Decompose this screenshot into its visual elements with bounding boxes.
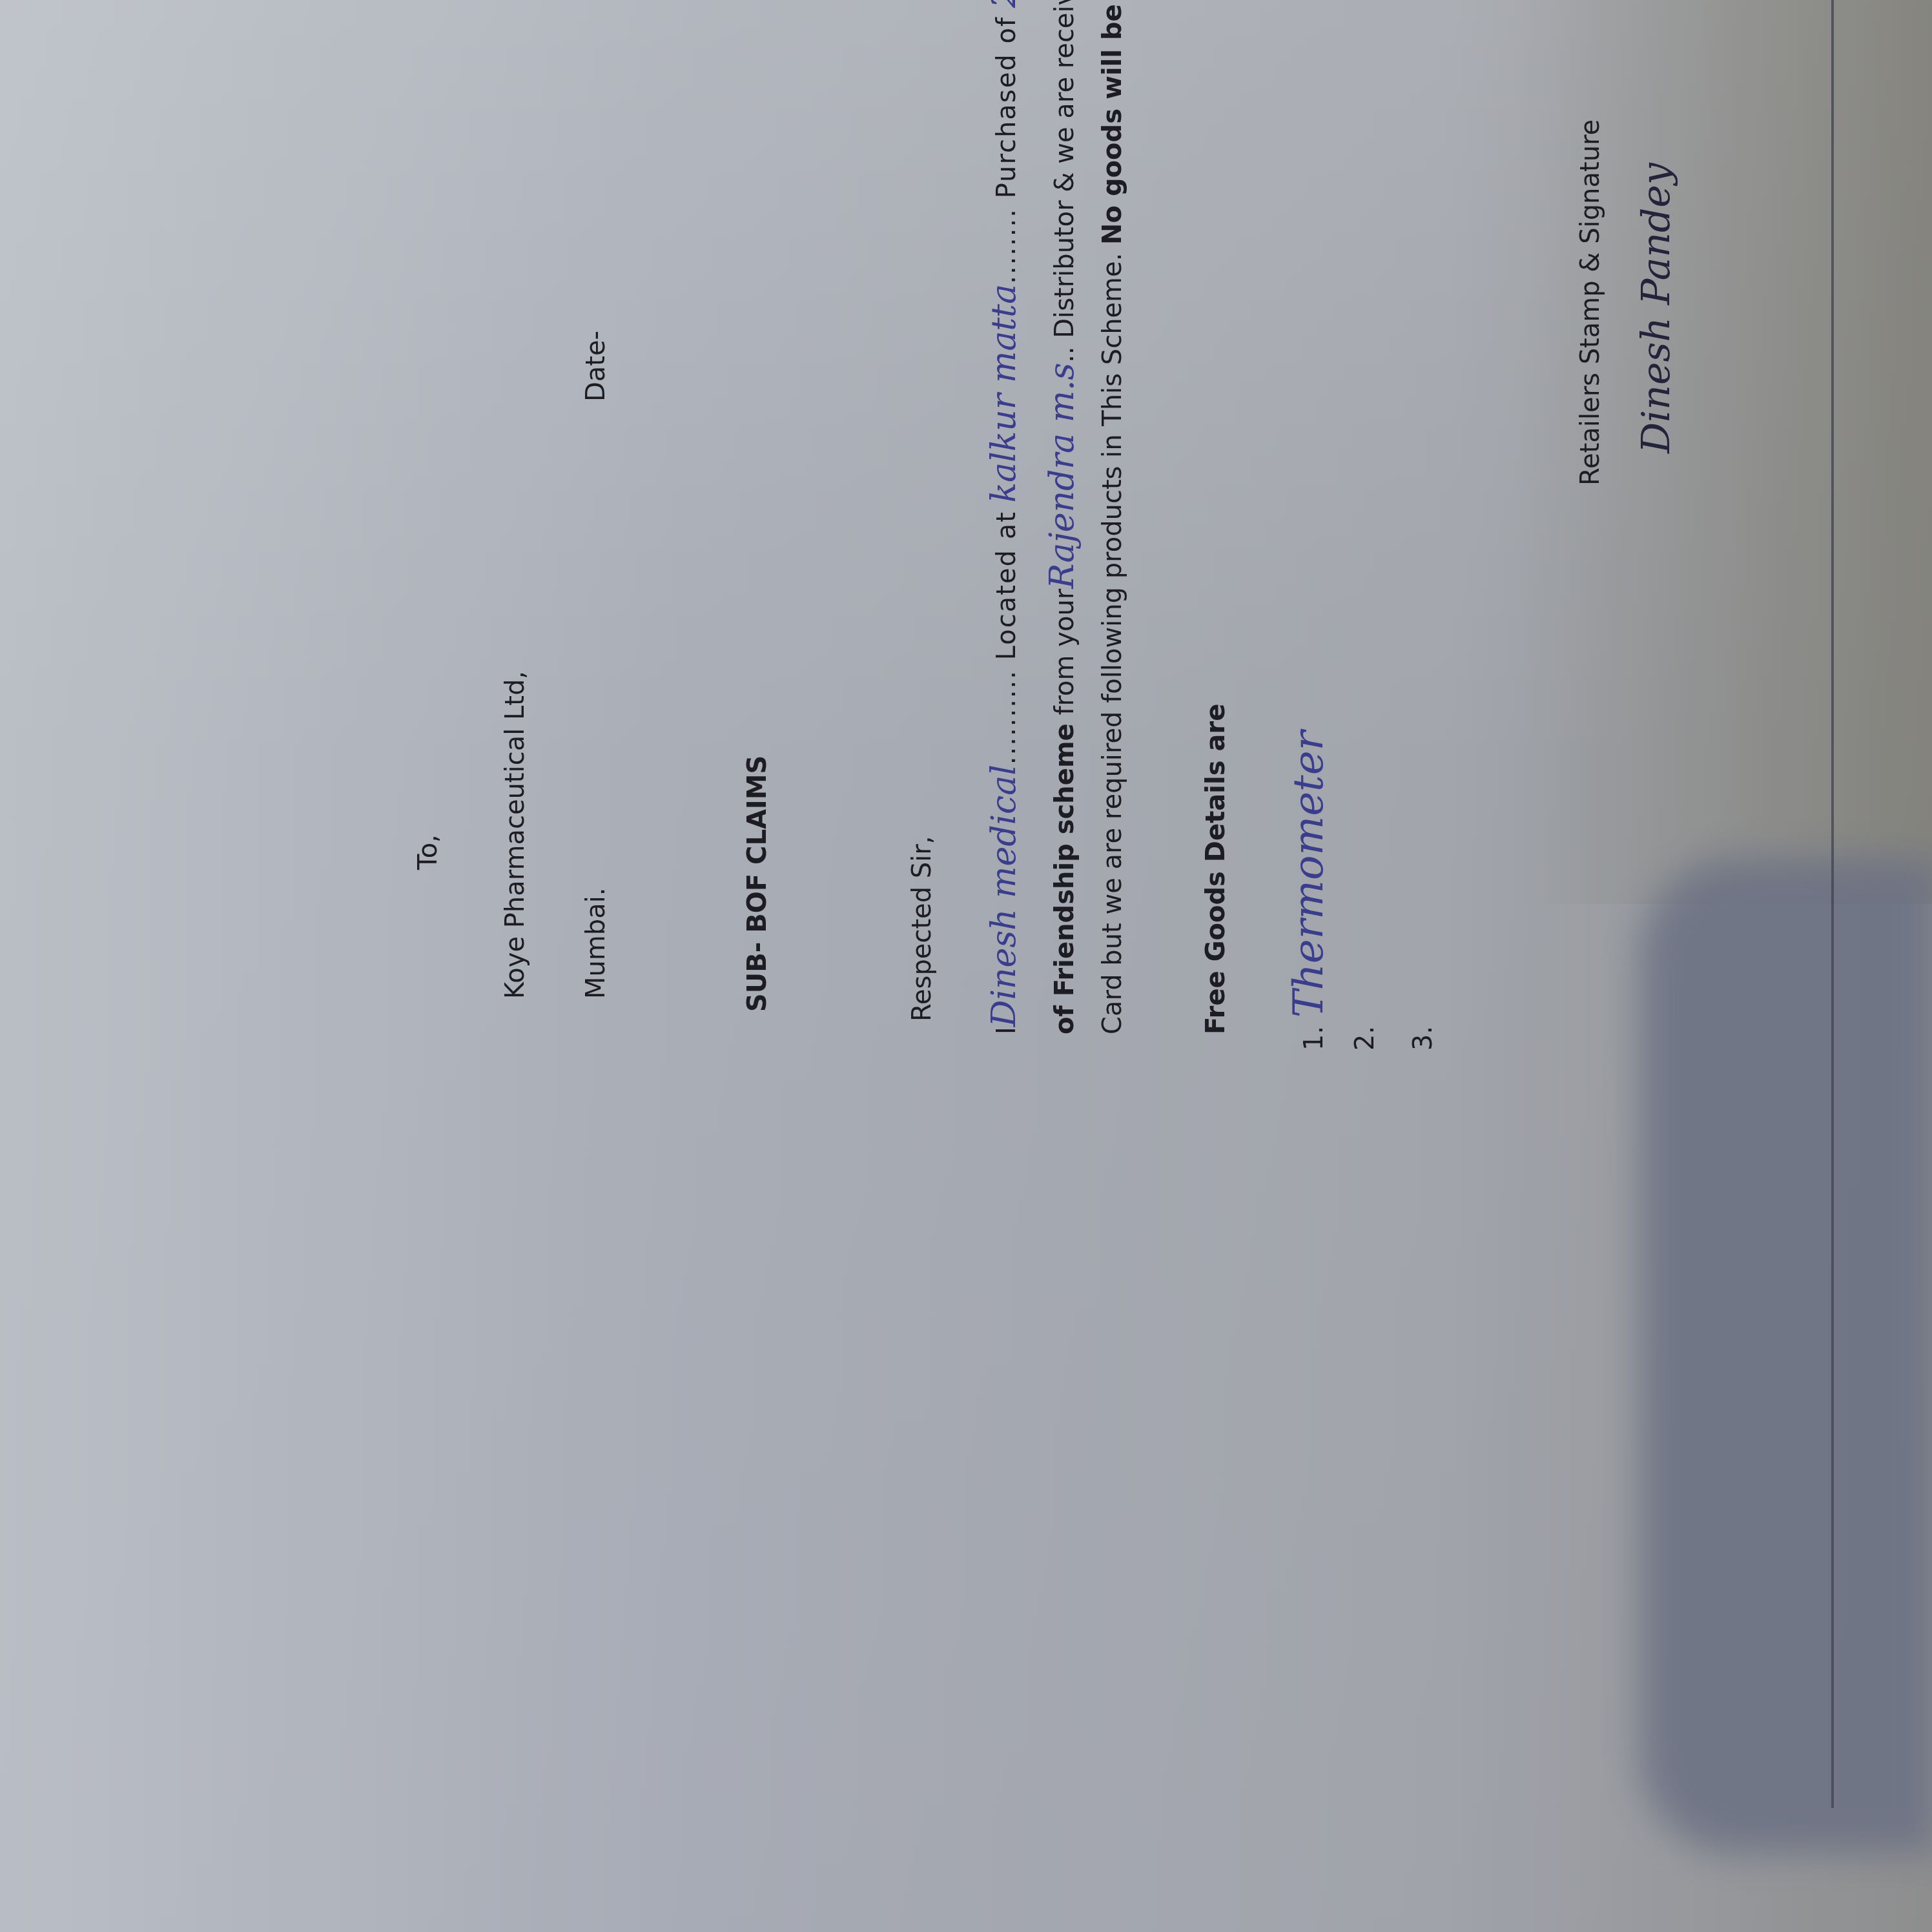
retailer-name-field[interactable]: Dinesh medical — [985, 765, 1023, 1027]
date-label: Date- — [581, 331, 611, 402]
located-label: .......... Located at — [992, 511, 1022, 765]
free-goods-item-1: 1. Thermometer — [1285, 731, 1333, 1051]
free-goods-item-3: 3. — [1401, 1026, 1440, 1051]
item-number: 2. — [1350, 1026, 1380, 1051]
body-line-3: Card but we are required following produ… — [1098, 0, 1127, 1034]
item-number: 1. — [1299, 1026, 1329, 1051]
body-line-2: of Friendship scheme from yourRajendra m… — [1043, 0, 1082, 1034]
city: Mumbai. — [581, 887, 611, 999]
friendship-scheme-label: of Friendship scheme — [1050, 723, 1080, 1034]
body-line-1: IDinesh medical.......... Located at kal… — [985, 0, 1023, 1034]
location-field[interactable]: kalkur matta — [985, 284, 1023, 503]
distributor-label: .. Distributor & we are received Goods w… — [1050, 0, 1080, 363]
free-goods-item-2: 2. — [1343, 1026, 1382, 1051]
letter-page: To, Koye Pharmaceutical Ltd, Mumbai. Dat… — [0, 0, 1932, 1932]
purchased-label: ........ Purchased of — [992, 16, 1022, 284]
free-goods-heading: Free Goods Details are — [1201, 704, 1231, 1034]
subject-line: SUB- BOF CLAIMS — [743, 755, 772, 1012]
body-prefix: I — [992, 1027, 1022, 1034]
to-label: To, — [413, 834, 443, 870]
amount-field[interactable]: 25 K — [985, 0, 1023, 8]
no-return-notice: No goods will be return in Future. — [1098, 0, 1127, 245]
from-label: from your — [1050, 589, 1080, 715]
signature-label: Retailers Stamp & Signature — [1576, 119, 1605, 486]
company-name: Koye Pharmaceutical Ltd, — [500, 671, 530, 999]
item-number: 3. — [1408, 1026, 1438, 1051]
scheme-text: Card but we are required following produ… — [1098, 253, 1127, 1034]
distributor-field[interactable]: Rajendra m.s — [1043, 363, 1082, 589]
salutation: Respected Sir, — [907, 836, 937, 1022]
item-field[interactable]: Thermometer — [1285, 731, 1333, 1018]
signature-field[interactable]: Dinesh Pandey — [1634, 163, 1679, 453]
